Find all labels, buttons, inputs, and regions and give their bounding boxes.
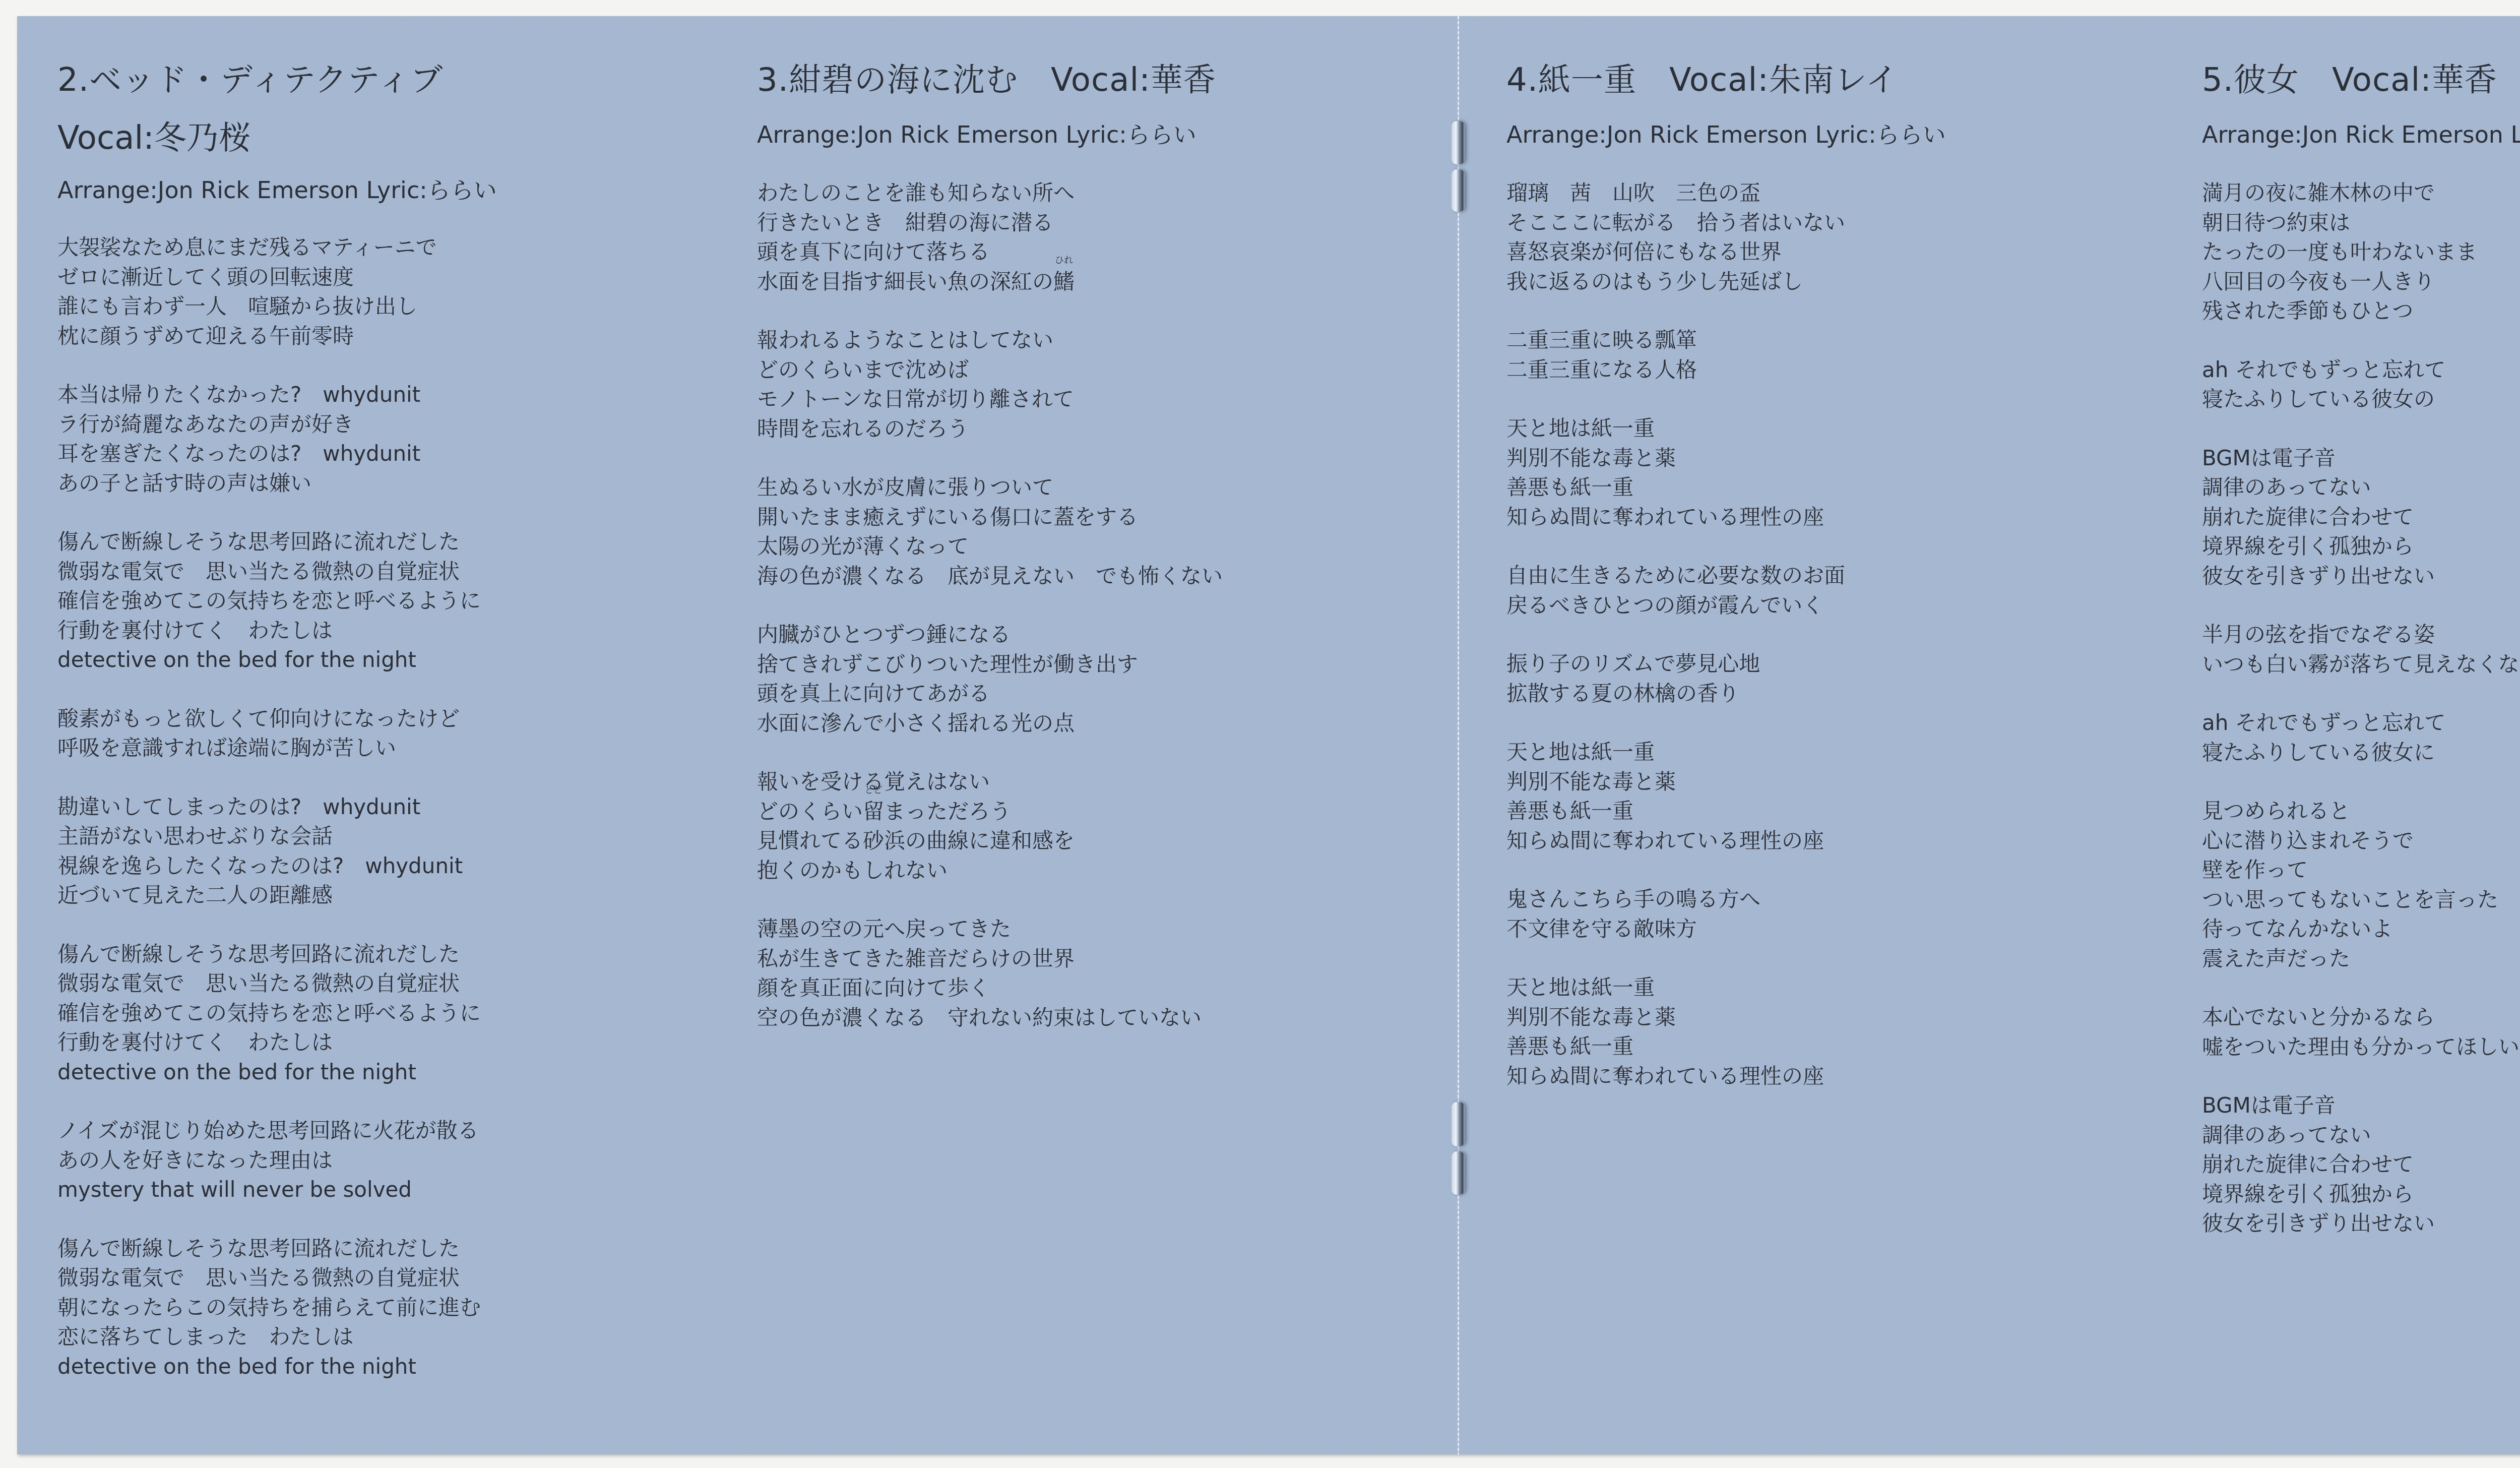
lyric-stanza: 鬼さんこちら手の鳴る方へ不文律を守る敵味方 [1506, 885, 1845, 944]
lyric-line: 太陽の光が薄くなって [757, 532, 1223, 562]
lyric-line: detective on the bed for the night [57, 1352, 481, 1382]
lyric-line: 八回目の今夜も一人きり [2202, 267, 2520, 297]
lyric-line: 寝たふりしている彼女の [2202, 385, 2520, 414]
lyric-line: 抱くのかもしれない [757, 856, 1223, 886]
lyric-line: 半月の弦を指でなぞる姿 [2202, 620, 2520, 650]
lyric-line: 天と地は紙一重 [1506, 738, 1845, 767]
lyric-line: 拡散する夏の林檎の香り [1506, 679, 1845, 709]
lyric-line: 視線を逸らしたくなったのは? whydunit [57, 851, 481, 881]
cd-booklet-spread: 2.ベッド・ディテクティブ Vocal:冬乃桜 Arrange:Jon Rick… [17, 16, 2520, 1454]
lyric-line: たったの一度も叶わないまま [2202, 237, 2520, 267]
lyric-line: 耳を塞ぎたくなったのは? whydunit [57, 439, 481, 469]
lyric-line: 海の色が濃くなる 底が見えない でも怖くない [757, 562, 1223, 591]
lyric-line: ah それでもずっと忘れて [2202, 355, 2520, 385]
song-credits: Arrange:Jon Rick Emerson Lyric:ららい [1506, 122, 1946, 147]
lyric-line: 天と地は紙一重 [1506, 973, 1845, 1003]
lyric-line: 二重三重に映る瓢箪 [1506, 326, 1845, 355]
lyric-line: 彼女を引きずり出せない [2202, 1209, 2520, 1239]
lyric-line: 行動を裏付けてく わたしは [57, 616, 481, 646]
lyric-line: 調律のあってない [2202, 473, 2520, 503]
song-lyrics: 大袈裟なため息にまだ残るマティーニでゼロに漸近してく頭の回転速度誰にも言わず一人… [57, 233, 481, 1411]
lyric-line: 主語がない思わせぶりな会話 [57, 822, 481, 851]
lyric-line: 内臓がひとつずつ錘になる [757, 620, 1223, 650]
lyric-line: 振り子のリズムで夢見心地 [1506, 649, 1845, 679]
lyric-line: 二重三重になる人格 [1506, 355, 1845, 385]
lyric-stanza: 薄墨の空の元へ戻ってきた私が生きてきた雑音だらけの世界顔を真正面に向けて歩く空の… [757, 914, 1223, 1032]
song-credits: Arrange:Jon Rick Emerson Lyric:ららい [57, 177, 497, 203]
lyric-line: 判別不能な毒と薬 [1506, 767, 1845, 797]
lyric-line: 傷んで断線しそうな思考回路に流れだした [57, 527, 481, 557]
lyric-line: 確信を強めてこの気持ちを恋と呼べるように [57, 999, 481, 1028]
staple-top-lower-icon [1452, 169, 1465, 212]
lyric-line: 待ってなんかないよ [2202, 914, 2520, 944]
lyric-line: 瑠璃 茜 山吹 三色の盃 [1506, 178, 1845, 208]
song-title: 4.紙一重 Vocal:朱南レイ [1506, 64, 1899, 96]
lyric-stanza: 二重三重に映る瓢箪二重三重になる人格 [1506, 326, 1845, 385]
lyric-line: ラ行が綺麗なあなたの声が好き [57, 410, 481, 440]
lyric-line: 誰にも言わず一人 喧騒から抜け出し [57, 292, 481, 322]
lyric-line: 朝になったらこの気持ちを捕らえて前に進む [57, 1293, 481, 1323]
lyric-line: 朝日待つ約束は [2202, 208, 2520, 238]
lyric-line: 寝たふりしている彼女に [2202, 738, 2520, 768]
lyric-stanza: 傷んで断線しそうな思考回路に流れだした微弱な電気で 思い当たる微熱の自覚症状朝に… [57, 1234, 481, 1382]
lyric-line: モノトーンな日常が切り離されて [757, 385, 1223, 414]
lyric-line: BGMは電子音 [2202, 444, 2520, 473]
lyric-line: 鬼さんこちら手の鳴る方へ [1506, 885, 1845, 914]
lyric-line: 嘘をついた理由も分かってほしい [2202, 1032, 2520, 1062]
lyric-stanza: 報われるようなことはしてないどのくらいまで沈めばモノトーンな日常が切り離されて時… [757, 326, 1223, 444]
staple-bottom-lower-icon [1452, 1151, 1465, 1195]
lyric-line: 報いを受ける覚えはない [757, 767, 1223, 797]
lyric-line: 知らぬ間に奪われている理性の座 [1506, 503, 1845, 532]
lyric-line: 判別不能な毒と薬 [1506, 1003, 1845, 1032]
lyric-line: 大袈裟なため息にまだ残るマティーニで [57, 233, 481, 263]
lyric-line: 薄墨の空の元へ戻ってきた [757, 914, 1223, 944]
lyric-line: 微弱な電気で 思い当たる微熱の自覚症状 [57, 969, 481, 999]
lyric-stanza: 内臓がひとつずつ錘になる捨てきれずこびりついた理性が働き出す頭を真上に向けてあが… [757, 620, 1223, 738]
lyric-stanza: 勘違いしてしまったのは? whydunit主語がない思わせぶりな会話視線を逸らし… [57, 792, 481, 910]
lyric-line: detective on the bed for the night [57, 645, 481, 675]
ruby-reading: とど [864, 786, 883, 795]
lyric-line: 傷んで断線しそうな思考回路に流れだした [57, 1234, 481, 1264]
lyric-line: つい思ってもないことを言った [2202, 885, 2520, 915]
lyric-stanza: 酸素がもっと欲しくて仰向けになったけど呼吸を意識すれば途端に胸が苦しい [57, 704, 481, 763]
lyric-stanza: 本心でないと分かるなら嘘をついた理由も分かってほしい [2202, 1003, 2520, 1062]
lyric-stanza: 瑠璃 茜 山吹 三色の盃そこここに転がる 拾う者はいない喜怒哀楽が何倍にもなる世… [1506, 178, 1845, 296]
lyric-stanza: 生ぬるい水が皮膚に張りついて開いたまま癒えずにいる傷口に蓋をする太陽の光が薄くな… [757, 473, 1223, 591]
lyric-line: 報われるようなことはしてない [757, 326, 1223, 355]
lyric-line: 私が生きてきた雑音だらけの世界 [757, 944, 1223, 974]
lyric-line: 開いたまま癒えずにいる傷口に蓋をする [757, 503, 1223, 532]
lyric-line: BGMは電子音 [2202, 1091, 2520, 1121]
lyric-line: 知らぬ間に奪われている理性の座 [1506, 1062, 1845, 1091]
lyric-line: どのくらいまで沈めば [757, 355, 1223, 385]
lyric-stanza: 報いを受ける覚えはないどのくらい留とどまっただろう見慣れてる砂浜の曲線に違和感を… [757, 767, 1223, 885]
lyric-line: 善悪も紙一重 [1506, 797, 1845, 826]
lyric-line: 酸素がもっと欲しくて仰向けになったけど [57, 704, 481, 734]
song-title: 5.彼女 Vocal:華香 [2202, 64, 2497, 96]
lyric-line: 微弱な電気で 思い当たる微熱の自覚症状 [57, 1263, 481, 1293]
ruby-annotated-kanji: 鰭ひれ [1053, 267, 1075, 297]
lyric-line: あの子と話す時の声は嫌い [57, 469, 481, 499]
song-lyrics: 瑠璃 茜 山吹 三色の盃そこここに転がる 拾う者はいない喜怒哀楽が何倍にもなる世… [1506, 178, 1845, 1120]
lyric-line: 善悪も紙一重 [1506, 1032, 1845, 1062]
lyric-line: 震えた声だった [2202, 944, 2520, 974]
lyric-line: 崩れた旋律に合わせて [2202, 503, 2520, 532]
lyric-stanza: わたしのことを誰も知らない所へ行きたいとき 紺碧の海に潜る頭を真下に向けて落ちる… [757, 178, 1223, 296]
lyric-line: 境界線を引く孤独から [2202, 532, 2520, 562]
lyric-line: 心に潜り込まれそうで [2202, 826, 2520, 856]
lyric-stanza: 大袈裟なため息にまだ残るマティーニでゼロに漸近してく頭の回転速度誰にも言わず一人… [57, 233, 481, 351]
lyric-stanza: 振り子のリズムで夢見心地拡散する夏の林檎の香り [1506, 649, 1845, 708]
lyric-line: 境界線を引く孤独から [2202, 1180, 2520, 1209]
lyric-stanza: 傷んで断線しそうな思考回路に流れだした微弱な電気で 思い当たる微熱の自覚症状確信… [57, 940, 481, 1087]
lyric-line: 本心でないと分かるなら [2202, 1003, 2520, 1032]
lyric-line: 微弱な電気で 思い当たる微熱の自覚症状 [57, 557, 481, 587]
lyric-line: mystery that will never be solved [57, 1175, 481, 1205]
lyric-line: 喜怒哀楽が何倍にもなる世界 [1506, 237, 1845, 267]
lyric-line: ah それでもずっと忘れて [2202, 708, 2520, 738]
lyric-line: 枕に顔うずめて迎える午前零時 [57, 322, 481, 351]
lyric-line: 時間を忘れるのだろう [757, 414, 1223, 444]
lyric-line: 捨てきれずこびりついた理性が働き出す [757, 650, 1223, 680]
lyric-line: 頭を真下に向けて落ちる [757, 237, 1223, 267]
song-lyrics: 満月の夜に雑木林の中で朝日待つ約束はたったの一度も叶わないまま八回目の今夜も一人… [2202, 178, 2520, 1268]
lyric-stanza: 満月の夜に雑木林の中で朝日待つ約束はたったの一度も叶わないまま八回目の今夜も一人… [2202, 178, 2520, 326]
lyric-line: 天と地は紙一重 [1506, 414, 1845, 444]
lyric-stanza: BGMは電子音調律のあってない崩れた旋律に合わせて境界線を引く孤独から彼女を引き… [2202, 1091, 2520, 1239]
lyric-stanza: 天と地は紙一重判別不能な毒と薬善悪も紙一重知らぬ間に奪われている理性の座 [1506, 738, 1845, 855]
lyric-line: あの人を好きになった理由は [57, 1146, 481, 1176]
staple-top-upper-icon [1452, 121, 1465, 164]
lyric-line: 残された季節もひとつ [2202, 296, 2520, 326]
lyric-line: 知らぬ間に奪われている理性の座 [1506, 826, 1845, 856]
lyric-line: 壁を作って [2202, 855, 2520, 885]
lyric-line: そこここに転がる 拾う者はいない [1506, 208, 1845, 238]
lyric-stanza: 傷んで断線しそうな思考回路に流れだした微弱な電気で 思い当たる微熱の自覚症状確信… [57, 527, 481, 675]
song-vocalist: Vocal:冬乃桜 [57, 122, 251, 154]
song-title: 2.ベッド・ディテクティブ [57, 64, 443, 96]
ruby-reading: ひれ [1055, 256, 1073, 265]
lyric-stanza: ah それでもずっと忘れて寝たふりしている彼女に [2202, 708, 2520, 767]
lyric-line: 行きたいとき 紺碧の海に潜る [757, 208, 1223, 238]
lyric-line: 本当は帰りたくなかった? whydunit [57, 380, 481, 410]
lyric-line: 判別不能な毒と薬 [1506, 444, 1845, 473]
lyric-line: 勘違いしてしまったのは? whydunit [57, 792, 481, 822]
lyric-line: 恋に落ちてしまった わたしは [57, 1322, 481, 1352]
lyric-stanza: BGMは電子音調律のあってない崩れた旋律に合わせて境界線を引く孤独から彼女を引き… [2202, 444, 2520, 591]
lyric-line: 呼吸を意識すれば途端に胸が苦しい [57, 733, 481, 763]
song-title: 3.紺碧の海に沈む Vocal:華香 [757, 64, 1216, 96]
staple-bottom-upper-icon [1452, 1102, 1465, 1146]
lyric-line: detective on the bed for the night [57, 1058, 481, 1087]
lyric-stanza: 天と地は紙一重判別不能な毒と薬善悪も紙一重知らぬ間に奪われている理性の座 [1506, 414, 1845, 532]
lyric-line: 見つめられると [2202, 797, 2520, 826]
lyric-line: 空の色が濃くなる 守れない約束はしていない [757, 1003, 1223, 1033]
lyric-line: 善悪も紙一重 [1506, 473, 1845, 503]
lyric-line: どのくらい留とどまっただろう [757, 797, 1223, 827]
lyric-stanza: 自由に生きるために必要な数のお面戻るべきひとつの顔が霞んでいく [1506, 561, 1845, 620]
booklet-spine-fold [1458, 16, 1459, 1454]
lyric-line: 生ぬるい水が皮膚に張りついて [757, 473, 1223, 503]
lyric-line: 顔を真正面に向けて歩く [757, 973, 1223, 1003]
lyric-line: 行動を裏付けてく わたしは [57, 1028, 481, 1058]
lyric-line: 満月の夜に雑木林の中で [2202, 178, 2520, 208]
lyric-line: ノイズが混じり始めた思考回路に火花が散る [57, 1116, 481, 1146]
lyric-line: 我に返るのはもう少し先延ばし [1506, 267, 1845, 297]
lyric-line: 頭を真上に向けてあがる [757, 679, 1223, 709]
lyric-line: 調律のあってない [2202, 1121, 2520, 1150]
ruby-annotated-kanji: 留とど [863, 797, 884, 827]
lyric-line: ゼロに漸近してく頭の回転速度 [57, 263, 481, 292]
lyric-line: 確信を強めてこの気持ちを恋と呼べるように [57, 586, 481, 616]
lyric-line: いつも白い霧が落ちて見えなくなる [2202, 650, 2520, 680]
lyric-line: 戻るべきひとつの顔が霞んでいく [1506, 591, 1845, 621]
lyric-line: 不文律を守る敵味方 [1506, 914, 1845, 944]
song-credits: Arrange:Jon Rick Emerson Lyric:ららい [2202, 122, 2520, 147]
lyric-line: わたしのことを誰も知らない所へ [757, 178, 1223, 208]
lyric-line: 水面に滲んで小さく揺れる光の点 [757, 709, 1223, 739]
lyric-line: 傷んで断線しそうな思考回路に流れだした [57, 940, 481, 969]
lyric-line: 崩れた旋律に合わせて [2202, 1150, 2520, 1180]
lyric-stanza: 見つめられると心に潜り込まれそうで壁を作ってつい思ってもないことを言った待ってな… [2202, 797, 2520, 973]
lyric-stanza: 天と地は紙一重判別不能な毒と薬善悪も紙一重知らぬ間に奪われている理性の座 [1506, 973, 1845, 1091]
lyric-line: 自由に生きるために必要な数のお面 [1506, 561, 1845, 591]
lyric-stanza: ノイズが混じり始めた思考回路に火花が散るあの人を好きになった理由はmystery… [57, 1116, 481, 1205]
lyric-line: 近づいて見えた二人の距離感 [57, 881, 481, 910]
lyric-stanza: 半月の弦を指でなぞる姿いつも白い霧が落ちて見えなくなる [2202, 620, 2520, 679]
lyric-line: 水面を目指す細長い魚の深紅の鰭ひれ [757, 267, 1223, 297]
lyric-stanza: ah それでもずっと忘れて寝たふりしている彼女の [2202, 355, 2520, 414]
song-lyrics: わたしのことを誰も知らない所へ行きたいとき 紺碧の海に潜る頭を真下に向けて落ちる… [757, 178, 1223, 1062]
song-credits: Arrange:Jon Rick Emerson Lyric:ららい [757, 122, 1196, 147]
lyric-line: 見慣れてる砂浜の曲線に違和感を [757, 826, 1223, 856]
lyric-line: 彼女を引きずり出せない [2202, 562, 2520, 591]
lyric-stanza: 本当は帰りたくなかった? whydunitラ行が綺麗なあなたの声が好き耳を塞ぎた… [57, 380, 481, 498]
